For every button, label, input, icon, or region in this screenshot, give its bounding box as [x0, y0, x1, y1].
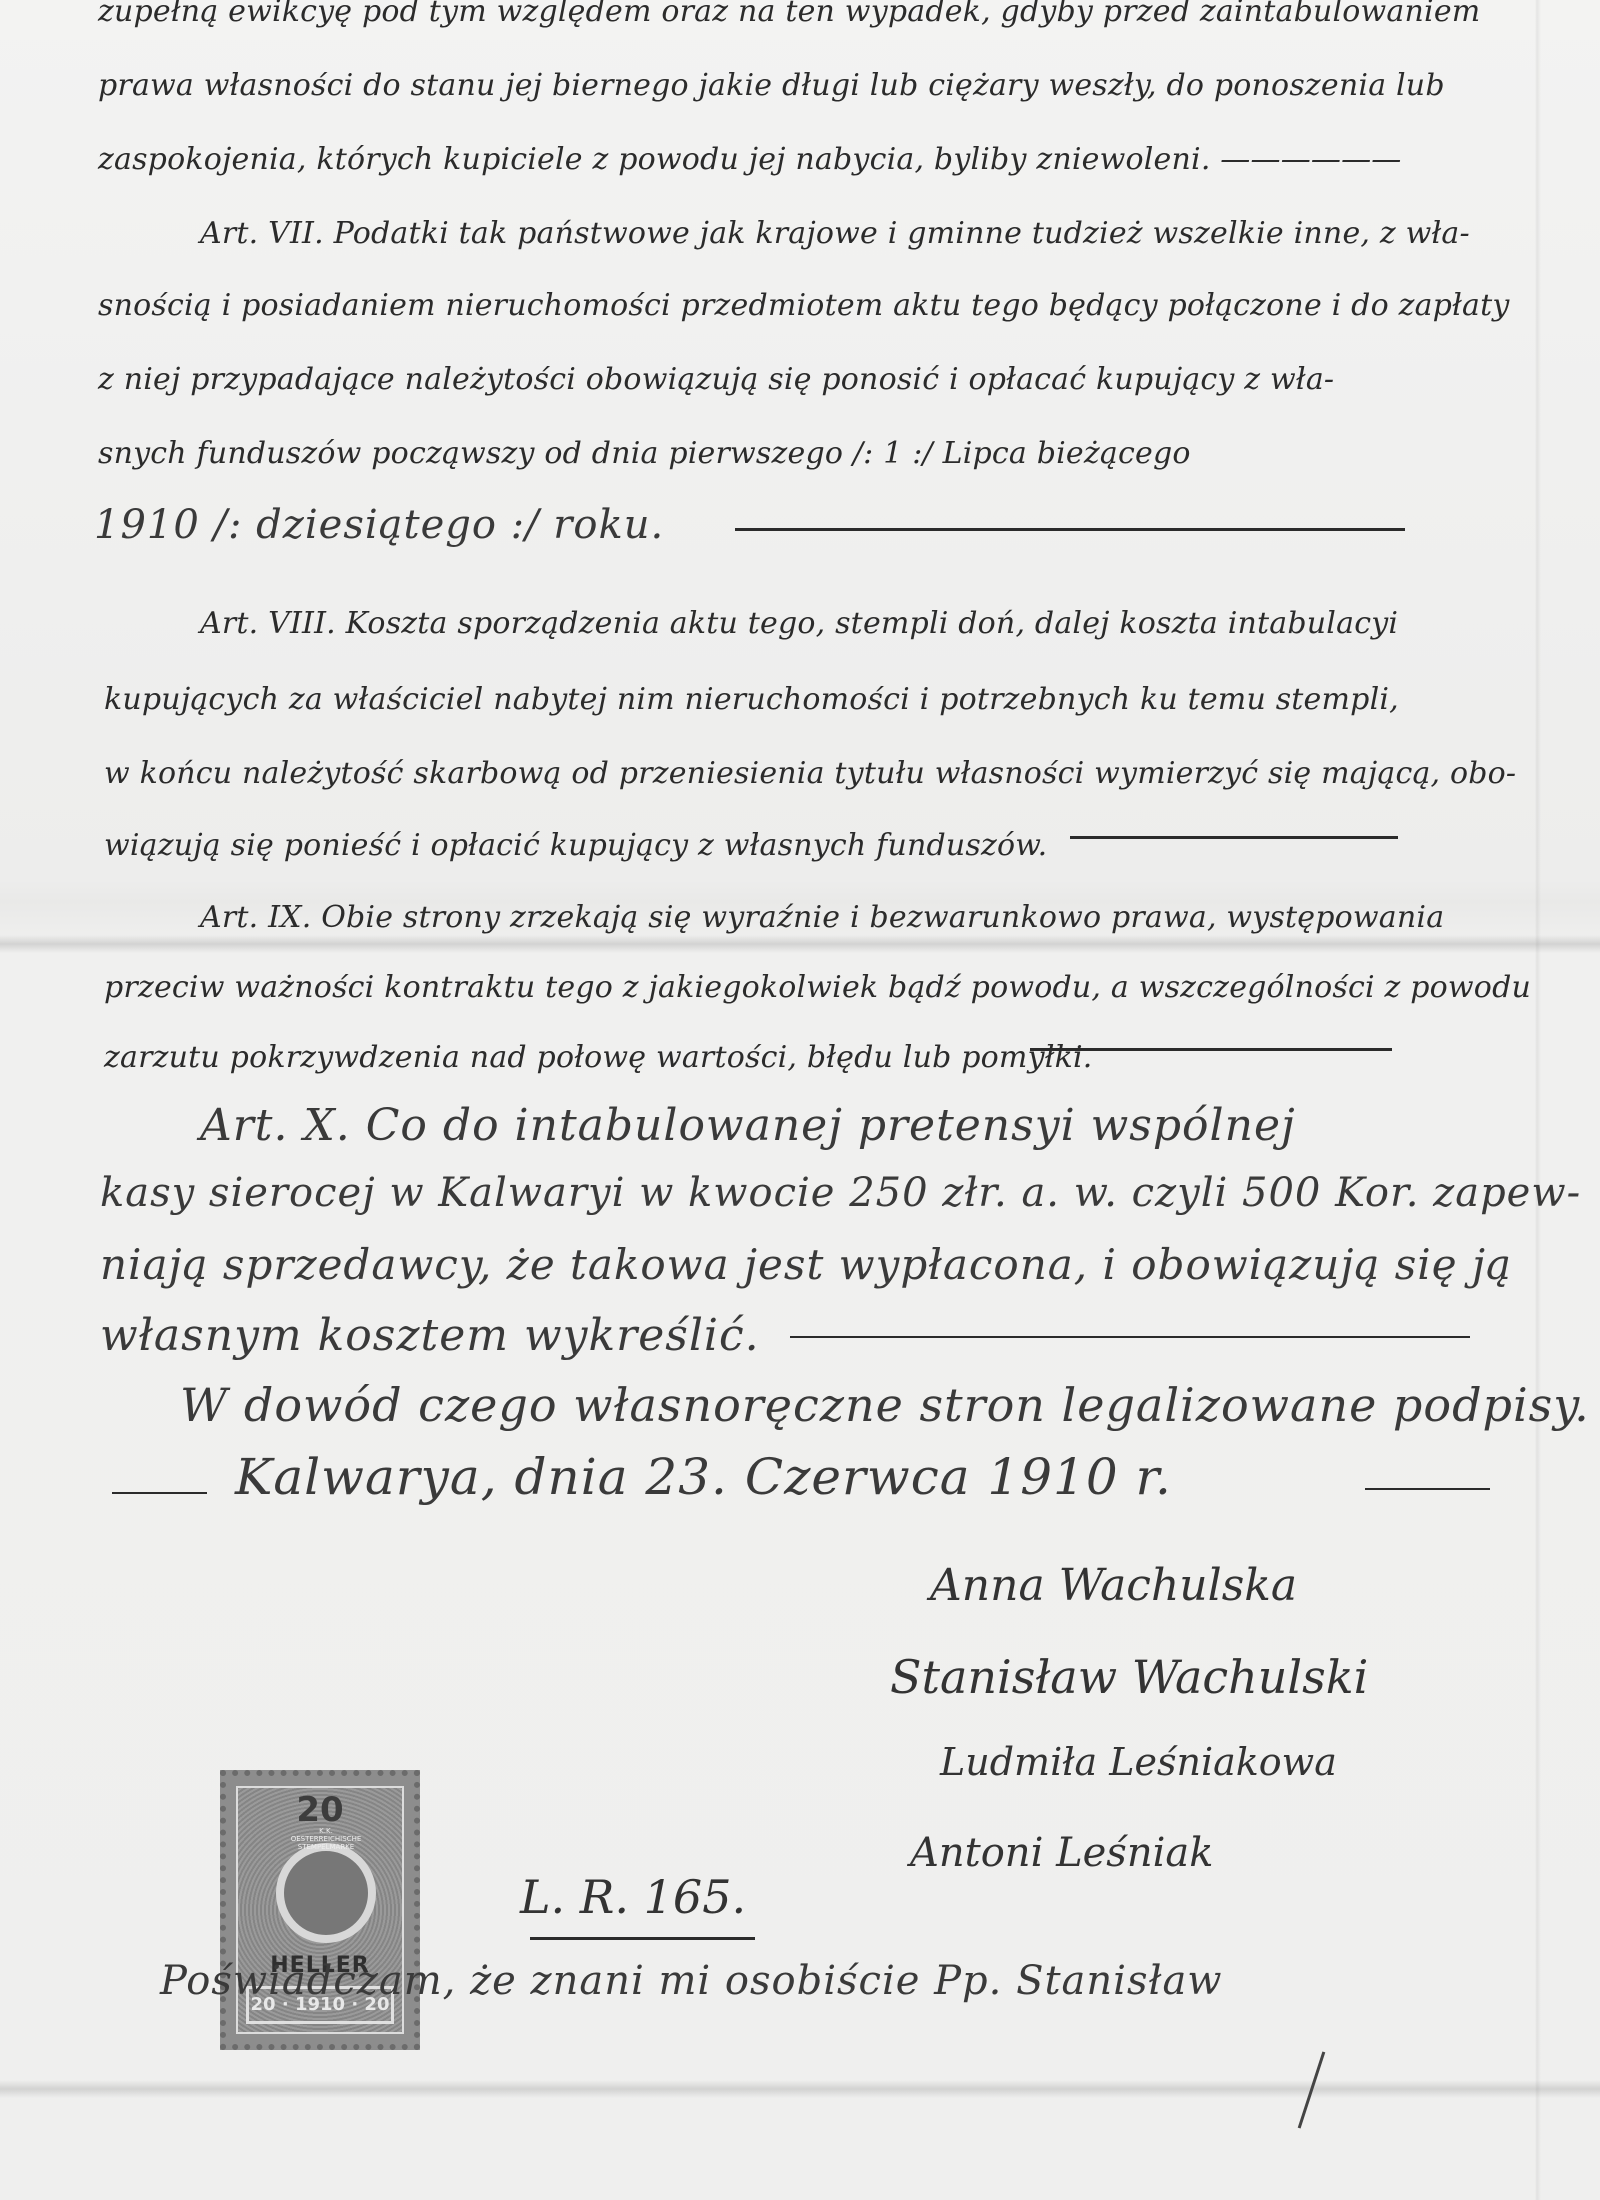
printed-line: zupełną ewikcyę pod tym względem oraz na…: [98, 0, 1480, 29]
place-date: Kalwarya, dnia 23. Czerwca 1910 r.: [235, 1448, 1172, 1506]
emperor-portrait-icon: K.K. OESTERREICHISCHE STEMPELMARKE: [276, 1843, 376, 1943]
art9-line: Art. IX. Obie strony zrzekają się wyraźn…: [200, 900, 1444, 935]
fill-rule: [1365, 1488, 1490, 1490]
signature-anna-wachulska: Anna Wachulska: [930, 1560, 1297, 1611]
signature-ludmila-lesniakowa: Ludmiła Leśniakowa: [940, 1740, 1337, 1784]
signature-antoni-lesniak: Antoni Leśniak: [910, 1830, 1213, 1876]
art10-handwritten-line: Art. X. Co do intabulowanej pretensyi ws…: [200, 1100, 1296, 1151]
document-page: zupełną ewikcyę pod tym względem oraz na…: [0, 0, 1600, 2200]
witness-line: W dowód czego własnoręczne stron legaliz…: [180, 1378, 1590, 1432]
art8-line: wiązują się ponieść i opłacić kupujący z…: [104, 828, 1047, 863]
fill-rule: [1030, 1048, 1392, 1051]
art7-line: Art. VII. Podatki tak państwowe jak kraj…: [200, 216, 1470, 251]
fill-rule: [112, 1492, 207, 1494]
reference-underline: [530, 1937, 755, 1940]
art8-line: w końcu należytość skarbową od przeniesi…: [104, 756, 1516, 791]
notary-attestation-line: Poświadczam, że znani mi osobiście Pp. S…: [160, 1958, 1223, 2004]
art8-line: kupujących za właściciel nabytej nim nie…: [104, 682, 1399, 717]
art7-line: z niej przypadające należytości obowiązu…: [98, 362, 1334, 397]
tax-stamp: 20 K.K. OESTERREICHISCHE STEMPELMARKE HE…: [220, 1770, 420, 2050]
art10-handwritten-line: własnym kosztem wykreślić.: [100, 1310, 760, 1361]
art7-line: snych funduszów począwszy od dnia pierws…: [98, 436, 1191, 471]
art10-handwritten-line: niają sprzedawcy, że takowa jest wypłaco…: [100, 1240, 1512, 1289]
fill-rule: [735, 528, 1405, 531]
reference-number: L. R. 165.: [520, 1870, 746, 1924]
stamp-ring-text: K.K. OESTERREICHISCHE STEMPELMARKE: [284, 1827, 368, 1851]
printed-line: zaspokojenia, których kupiciele z powodu…: [98, 142, 1402, 177]
paper-fold: [0, 2080, 1600, 2098]
art9-line: zarzutu pokrzywdzenia nad połowę wartośc…: [104, 1040, 1093, 1075]
art10-handwritten-line: kasy sierocej w Kalwaryi w kwocie 250 zł…: [100, 1170, 1581, 1216]
art8-line: Art. VIII. Koszta sporządzenia aktu tego…: [200, 606, 1398, 641]
stamp-value: 20: [238, 1790, 402, 1830]
fill-rule: [790, 1336, 1470, 1338]
art7-line: snością i posiadaniem nieruchomości prze…: [98, 288, 1510, 323]
paper-fold: [0, 935, 1600, 953]
printed-line: prawa własności do stanu jej biernego ja…: [98, 68, 1445, 103]
art7-handwritten-date: 1910 /: dziesiątego :/ roku.: [94, 502, 664, 548]
fill-rule: [1070, 836, 1398, 839]
art9-line: przeciw ważności kontraktu tego z jakieg…: [104, 970, 1531, 1005]
signature-stanislaw-wachulski: Stanisław Wachulski: [890, 1650, 1368, 1704]
